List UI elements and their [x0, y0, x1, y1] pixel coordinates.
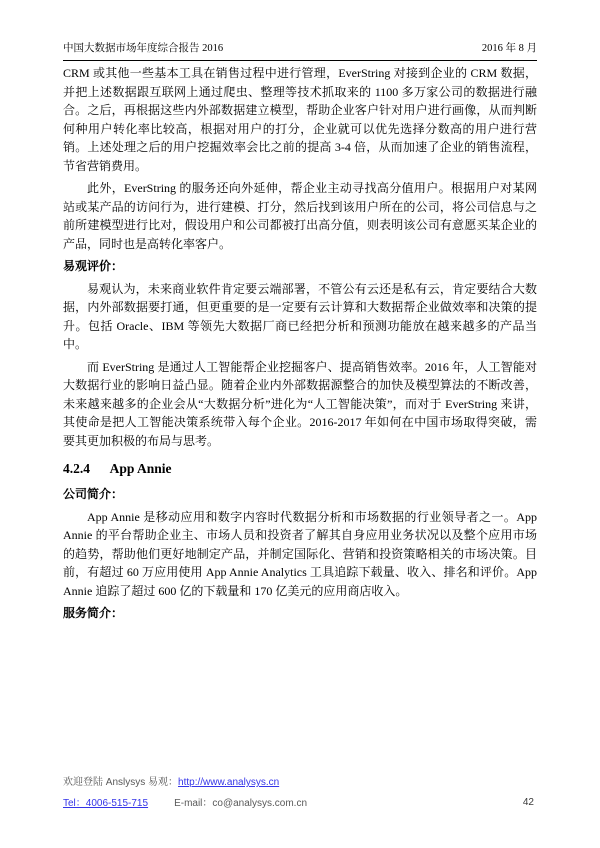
section-title: App Annie [110, 461, 172, 476]
page-header: 中国大数据市场年度综合报告 2016 2016 年 8 月 [63, 40, 537, 61]
section-heading-4-2-4: 4.2.4 App Annie [63, 460, 537, 477]
page-number: 42 [523, 797, 534, 808]
footer-contact-line: Tel：4006-515-715E-mail：co@analysys.com.c… [63, 797, 537, 810]
document-page: 中国大数据市场年度综合报告 2016 2016 年 8 月 CRM 或其他一些基… [0, 0, 600, 848]
paragraph-crm-everstring: CRM 或其他一些基本工具在销售过程中进行管理，EverString 对接到企业… [63, 64, 537, 175]
analysys-review-heading: 易观评价： [63, 257, 537, 276]
header-date: 2016 年 8 月 [482, 40, 537, 55]
footer-tel-link[interactable]: Tel：4006-515-715 [63, 798, 148, 809]
header-report-title: 中国大数据市场年度综合报告 2016 [63, 40, 223, 55]
company-intro-heading: 公司简介： [63, 485, 537, 504]
footer-welcome-line: 欢迎登陆 Anslysys 易观：http://www.analysys.cn [63, 776, 537, 789]
paragraph-appannie-intro: App Annie 是移动应用和数字内容时代数据分析和市场数据的行业领导者之一。… [63, 508, 537, 601]
footer-email-text: E-mail：co@analysys.com.cn [174, 798, 307, 809]
paragraph-everstring-extension: 此外，EverString 的服务还向外延伸，帮企业主动寻找高分值用户。根据用户… [63, 179, 537, 253]
page-body: CRM 或其他一些基本工具在销售过程中进行管理，EverString 对接到企业… [63, 64, 537, 627]
service-intro-heading: 服务简介： [63, 604, 537, 623]
section-number: 4.2.4 [63, 461, 90, 476]
paragraph-everstring-ai: 而 EverString 是通过人工智能帮企业挖掘客户、提高销售效率。2016 … [63, 358, 537, 451]
footer-website-link[interactable]: http://www.analysys.cn [178, 777, 279, 788]
page-footer: 欢迎登陆 Anslysys 易观：http://www.analysys.cn … [63, 776, 537, 818]
paragraph-analysys-opinion: 易观认为，未来商业软件肯定要云端部署，不管公有云还是私有云，肯定要结合大数据，内… [63, 280, 537, 354]
footer-welcome-text: 欢迎登陆 Anslysys 易观： [63, 777, 178, 788]
